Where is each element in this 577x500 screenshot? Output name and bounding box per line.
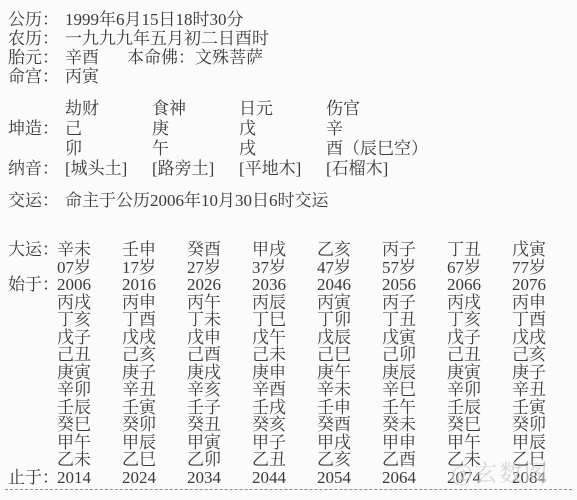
spacer-cell <box>8 451 57 469</box>
dayun-pillar: 丁丑 <box>447 241 512 259</box>
dayun-pillar: 丙子 <box>382 241 447 259</box>
spacer-cell <box>8 364 57 382</box>
liunian-pillar: 乙未 <box>447 451 512 469</box>
liunian-pillar: 辛酉 <box>252 381 317 399</box>
dayun-end-year: 2054 <box>317 469 382 487</box>
liunian-pillar: 乙巳 <box>512 451 577 469</box>
kunzao-label: 坤造： <box>8 119 65 139</box>
liunian-pillar: 癸未 <box>382 416 447 434</box>
dayun-start-year: 2076 <box>512 276 577 294</box>
liunian-pillar: 己亥 <box>512 346 577 364</box>
branch-year: 卯 <box>65 139 152 159</box>
dayun-start-year: 2066 <box>447 276 512 294</box>
liunian-pillar: 壬戌 <box>252 399 317 417</box>
liunian-pillar: 丁亥 <box>57 311 122 329</box>
liunian-pillar: 辛巳 <box>382 381 447 399</box>
dayun-age: 47岁 <box>317 259 382 277</box>
spacer-cell <box>8 381 57 399</box>
liunian-pillar: 己未 <box>252 346 317 364</box>
liunian-pillar: 庚申 <box>252 364 317 382</box>
spacer-cell <box>8 416 57 434</box>
liunian-pillar: 甲子 <box>252 434 317 452</box>
ten-god-hour: 伤官 <box>326 99 577 119</box>
liunian-pillar: 己卯 <box>382 346 447 364</box>
info-section: 公历： 1999年6月15日18时30分 农历： 一九九九年五月初二日酉时 胎元… <box>0 10 577 86</box>
dayun-pillar: 戊寅 <box>512 241 577 259</box>
liunian-pillar: 甲戌 <box>317 434 382 452</box>
liunian-pillar: 丙戌 <box>57 294 122 312</box>
liunian-pillar: 辛卯 <box>447 381 512 399</box>
dayun-end-year: 2074 <box>447 469 512 487</box>
liunian-pillar: 己丑 <box>57 346 122 364</box>
info-row-lunar: 农历： 一九九九年五月初二日酉时 <box>0 29 577 48</box>
branch-month: 午 <box>152 139 239 159</box>
liunian-pillar: 甲午 <box>57 434 122 452</box>
dayun-start-year: 2056 <box>382 276 447 294</box>
dayun-pillar: 乙亥 <box>317 241 382 259</box>
dayun-end-year: 2044 <box>252 469 317 487</box>
liunian-pillar: 丙寅 <box>317 294 382 312</box>
spacer-cell <box>8 259 57 277</box>
liunian-pillar: 丁酉 <box>122 311 187 329</box>
lunar-value: 一九九九年五月初二日酉时 <box>65 29 269 48</box>
liunian-pillar: 庚辰 <box>382 364 447 382</box>
liunian-pillar: 丙申 <box>512 294 577 312</box>
liunian-pillar: 辛丑 <box>512 381 577 399</box>
benmingfo-value: 文殊菩萨 <box>195 48 263 67</box>
dayun-age: 27岁 <box>187 259 252 277</box>
dayun-pillar: 癸酉 <box>187 241 252 259</box>
dayun-start-label: 始于： <box>8 276 57 294</box>
dayun-end-year: 2024 <box>122 469 187 487</box>
liunian-pillar: 乙丑 <box>252 451 317 469</box>
liunian-pillar: 壬辰 <box>447 399 512 417</box>
liunian-pillar: 庚戌 <box>187 364 252 382</box>
liunian-pillar: 乙未 <box>57 451 122 469</box>
liunian-pillar: 乙亥 <box>317 451 382 469</box>
dayun-end-label: 止于： <box>8 469 57 487</box>
dayun-start-year: 2046 <box>317 276 382 294</box>
dayun-end-year: 2014 <box>57 469 122 487</box>
liunian-pillar: 甲辰 <box>122 434 187 452</box>
info-row-taiyuan: 胎元： 辛酉 本命佛： 文殊菩萨 <box>0 48 577 67</box>
liunian-pillar: 己巳 <box>317 346 382 364</box>
gregorian-value: 1999年6月15日18时30分 <box>65 10 244 29</box>
liunian-pillar: 己丑 <box>447 346 512 364</box>
benmingfo-label: 本命佛： <box>127 48 195 67</box>
gregorian-label: 公历： <box>8 10 65 29</box>
spacer-cell <box>8 99 65 119</box>
stem-month: 庚 <box>152 119 239 139</box>
liunian-pillar: 丙戌 <box>447 294 512 312</box>
liunian-pillar: 庚午 <box>317 364 382 382</box>
dayun-end-year: 2064 <box>382 469 447 487</box>
dayun-age: 07岁 <box>57 259 122 277</box>
dayun-end-year: 2084 <box>512 469 577 487</box>
dayun-end-year: 2034 <box>187 469 252 487</box>
jiaoyun-value: 命主于公历2006年10月30日6时交运 <box>65 191 329 210</box>
liunian-pillar: 甲辰 <box>512 434 577 452</box>
minggong-value: 丙寅 <box>65 67 99 86</box>
liunian-pillar: 壬午 <box>382 399 447 417</box>
liunian-pillar: 辛亥 <box>187 381 252 399</box>
bottom-dashed-divider <box>5 489 572 490</box>
liunian-pillar: 戊寅 <box>382 329 447 347</box>
liunian-pillar: 壬辰 <box>57 399 122 417</box>
liunian-pillar: 丙午 <box>187 294 252 312</box>
nayin-day: [平地木] <box>239 159 326 179</box>
liunian-pillar: 丁亥 <box>447 311 512 329</box>
liunian-pillar: 乙酉 <box>382 451 447 469</box>
spacer-cell <box>8 329 57 347</box>
liunian-pillar: 丁卯 <box>317 311 382 329</box>
liunian-pillar: 乙巳 <box>122 451 187 469</box>
bazi-chart-page: 公历： 1999年6月15日18时30分 农历： 一九九九年五月初二日酉时 胎元… <box>0 0 577 500</box>
nayin-year: [城头土] <box>65 159 152 179</box>
taiyuan-label: 胎元： <box>8 48 65 67</box>
spacer-cell <box>8 399 57 417</box>
liunian-pillar: 己亥 <box>122 346 187 364</box>
spacer-cell <box>8 294 57 312</box>
liunian-pillar: 庚寅 <box>447 364 512 382</box>
dayun-start-year: 2006 <box>57 276 122 294</box>
branch-hour: 酉（辰巳空） <box>326 139 577 159</box>
stem-hour: 辛 <box>326 119 577 139</box>
dayun-age: 37岁 <box>252 259 317 277</box>
liunian-pillar: 辛丑 <box>122 381 187 399</box>
liunian-pillar: 庚子 <box>512 364 577 382</box>
stem-day: 戊 <box>239 119 326 139</box>
dayun-age: 17岁 <box>122 259 187 277</box>
liunian-pillar: 庚寅 <box>57 364 122 382</box>
dayun-start-year: 2016 <box>122 276 187 294</box>
liunian-pillar: 丁巳 <box>252 311 317 329</box>
stem-year: 己 <box>65 119 152 139</box>
info-row-minggong: 命宫： 丙寅 <box>0 67 577 86</box>
liunian-pillar: 甲申 <box>382 434 447 452</box>
dayun-pillar: 壬申 <box>122 241 187 259</box>
liunian-pillar: 癸巳 <box>447 416 512 434</box>
liunian-pillar: 壬寅 <box>512 399 577 417</box>
jiaoyun-label: 交运： <box>8 191 65 210</box>
liunian-pillar: 癸卯 <box>512 416 577 434</box>
liunian-pillar: 戊戌 <box>122 329 187 347</box>
ten-god-day: 日元 <box>239 99 326 119</box>
dayun-start-year: 2036 <box>252 276 317 294</box>
nayin-month: [路旁土] <box>152 159 239 179</box>
nayin-label: 纳音： <box>8 159 65 179</box>
liunian-pillar: 己酉 <box>187 346 252 364</box>
dayun-age: 57岁 <box>382 259 447 277</box>
liunian-pillar: 戊辰 <box>317 329 382 347</box>
dayun-pillar: 甲戌 <box>252 241 317 259</box>
branch-day: 戌 <box>239 139 326 159</box>
liunian-pillar: 癸酉 <box>317 416 382 434</box>
spacer-cell <box>8 434 57 452</box>
ten-god-month: 食神 <box>152 99 239 119</box>
liunian-pillar: 乙卯 <box>187 451 252 469</box>
liunian-pillar: 辛卯 <box>57 381 122 399</box>
liunian-pillar: 壬寅 <box>122 399 187 417</box>
liunian-pillar: 丁丑 <box>382 311 447 329</box>
liunian-pillar: 癸丑 <box>187 416 252 434</box>
liunian-pillar: 庚子 <box>122 364 187 382</box>
taiyuan-value: 辛酉 <box>65 48 127 67</box>
liunian-pillar: 丙辰 <box>252 294 317 312</box>
dayun-age: 67岁 <box>447 259 512 277</box>
dayun-age: 77岁 <box>512 259 577 277</box>
liunian-pillar: 甲午 <box>447 434 512 452</box>
liunian-pillar: 甲寅 <box>187 434 252 452</box>
spacer-cell <box>8 311 57 329</box>
dayun-pillar: 辛未 <box>57 241 122 259</box>
nayin-hour: [石榴木] <box>326 159 577 179</box>
lunar-label: 农历： <box>8 29 65 48</box>
dayun-label: 大运： <box>8 241 57 259</box>
liunian-pillar: 丙申 <box>122 294 187 312</box>
liunian-pillar: 丙子 <box>382 294 447 312</box>
minggong-label: 命宫： <box>8 67 65 86</box>
ten-god-year: 劫财 <box>65 99 152 119</box>
liunian-pillar: 丁未 <box>187 311 252 329</box>
info-row-gregorian: 公历： 1999年6月15日18时30分 <box>0 10 577 29</box>
dayun-table: 大运：辛未壬申癸酉甲戌乙亥丙子丁丑戊寅07岁17岁27岁37岁47岁57岁67岁… <box>0 241 577 486</box>
jiaoyun-row: 交运： 命主于公历2006年10月30日6时交运 <box>0 191 577 210</box>
liunian-pillar: 癸卯 <box>122 416 187 434</box>
dayun-start-year: 2026 <box>187 276 252 294</box>
liunian-pillar: 癸巳 <box>57 416 122 434</box>
spacer-cell <box>8 139 65 159</box>
liunian-pillar: 辛未 <box>317 381 382 399</box>
spacer-cell <box>8 346 57 364</box>
liunian-pillar: 壬申 <box>317 399 382 417</box>
liunian-pillar: 戊子 <box>57 329 122 347</box>
four-pillars-section: 劫财 食神 日元 伤官 坤造： 己 庚 戊 辛 卯 午 戌 酉（辰巳空） 纳音：… <box>0 99 577 179</box>
liunian-pillar: 癸亥 <box>252 416 317 434</box>
liunian-pillar: 戊申 <box>187 329 252 347</box>
liunian-pillar: 壬子 <box>187 399 252 417</box>
liunian-pillar: 戊子 <box>447 329 512 347</box>
liunian-pillar: 戊戌 <box>512 329 577 347</box>
liunian-pillar: 戊午 <box>252 329 317 347</box>
liunian-pillar: 丁酉 <box>512 311 577 329</box>
